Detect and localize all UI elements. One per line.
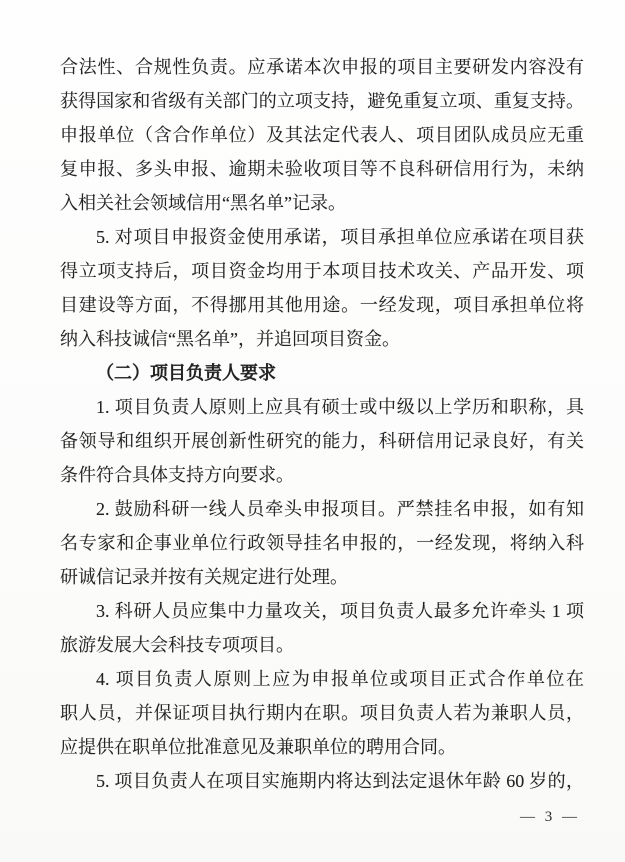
text-line: 获得国家和省级有关部门的立项支持，避免重复立项、重复支持。 [60,84,584,118]
section-heading: （二）项目负责人要求 [60,356,584,390]
text-line: 入相关社会领域信用“黑名单”记录。 [60,186,584,220]
page-number: — 3 — [60,809,584,826]
text-line: 合法性、合规性负责。应承诺本次申报的项目主要研发内容没有 [60,50,584,84]
text-line: 纳入科技诚信“黑名单”，并追回项目资金。 [60,322,584,356]
text-line: 职人员，并保证项目执行期内在职。项目负责人若为兼职人员， [60,696,584,730]
text-line: 5. 项目负责人在项目实施期内将达到法定退休年龄 60 岁的， [60,764,584,798]
text-line: 得立项支持后，项目资金均用于本项目技术攻关、产品开发、项 [60,254,584,288]
text-line: 备领导和组织开展创新性研究的能力，科研信用记录良好，有关 [60,424,584,458]
text-line: 2. 鼓励科研一线人员牵头申报项目。严禁挂名申报，如有知 [60,492,584,526]
text-line: 3. 科研人员应集中力量攻关，项目负责人最多允许牵头 1 项 [60,594,584,628]
text-line: 1. 项目负责人原则上应具有硕士或中级以上学历和职称，具 [60,390,584,424]
text-line: 目建设等方面，不得挪用其他用途。一经发现，项目承担单位将 [60,288,584,322]
text-line: 应提供在职单位批准意见及兼职单位的聘用合同。 [60,730,584,764]
text-line: 申报单位（含合作单位）及其法定代表人、项目团队成员应无重 [60,118,584,152]
text-line: 复申报、多头申报、逾期未验收项目等不良科研信用行为，未纳 [60,152,584,186]
document-page: 合法性、合规性负责。应承诺本次申报的项目主要研发内容没有获得国家和省级有关部门的… [0,0,625,862]
document-footer: — 3 — [60,798,584,826]
text-line: 条件符合具体支持方向要求。 [60,458,584,492]
text-line: 4. 项目负责人原则上应为申报单位或项目正式合作单位在 [60,662,584,696]
text-line: 名专家和企事业单位行政领导挂名申报的，一经发现，将纳入科 [60,526,584,560]
text-line: 旅游发展大会科技专项项目。 [60,628,584,662]
document-body: 合法性、合规性负责。应承诺本次申报的项目主要研发内容没有获得国家和省级有关部门的… [60,50,584,798]
text-line: 研诚信记录并按有关规定进行处理。 [60,560,584,594]
text-line: 5. 对项目申报资金使用承诺，项目承担单位应承诺在项目获 [60,220,584,254]
